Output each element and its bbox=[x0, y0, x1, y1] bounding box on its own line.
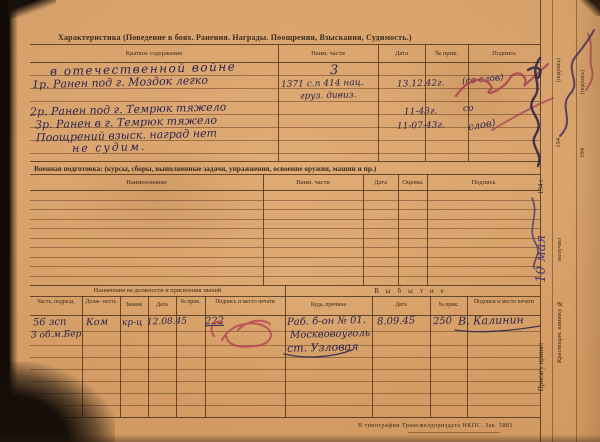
col-header-date: Дата bbox=[378, 50, 425, 57]
hw-discharge-signature: В. Калинин bbox=[458, 313, 524, 328]
hw-entry-wound3-date: 11-07-43г. bbox=[397, 120, 445, 131]
scan-corner-top-left bbox=[8, 0, 56, 18]
col-header-rseal: Подписи и место печати bbox=[469, 299, 539, 306]
col-header-rorder: № прик. bbox=[430, 302, 467, 308]
discharge-title: Выбытие bbox=[285, 287, 540, 295]
margin-book-received: получил bbox=[556, 238, 563, 261]
doc-title: Характеристика (Поведение в боях. Ранени… bbox=[58, 33, 412, 42]
margin-oath-handwritten-date: 10 мая bbox=[534, 235, 549, 283]
col-header-part: Наим. части bbox=[278, 50, 378, 57]
scan-corner-bottom-left bbox=[0, 362, 115, 442]
col-header-order3: № прик. bbox=[176, 299, 205, 306]
margin-book-label: Красноарм. книжку № bbox=[556, 300, 563, 363]
col-header-name: Наименование bbox=[30, 179, 263, 186]
margin-oath-year: 194 г. bbox=[537, 178, 545, 194]
hw-entry-war-part: 3 bbox=[330, 63, 339, 78]
printer-imprint: В типографии Трансжелдориздата НКПС. Зак… bbox=[358, 422, 513, 429]
col-header-date3: Дата bbox=[148, 302, 176, 308]
hw-discharge-where3: ст. Узловая bbox=[287, 340, 359, 355]
hw-appoint-order: 222 bbox=[205, 316, 224, 327]
hw-entry-wound1-unit2: груз. дивиз. bbox=[300, 90, 357, 101]
col-header-rdate: Дата bbox=[372, 302, 430, 308]
margin-sign-year-1: 194 bbox=[555, 138, 562, 148]
col-header-part2: Наим. части bbox=[263, 179, 363, 186]
col-header-rank: Звание bbox=[120, 302, 148, 308]
col-header-grade: Оценка bbox=[398, 179, 427, 186]
scanned-record-card: Характеристика (Поведение в боях. Ранени… bbox=[0, 0, 600, 442]
col-header-signature: Подпись bbox=[468, 50, 540, 57]
margin-sign-label-1: (подпись) bbox=[556, 58, 562, 82]
scan-edge-right-shade bbox=[572, 0, 600, 442]
hw-entry-no-conviction: не судим. bbox=[72, 140, 147, 155]
hw-discharge-where2: Москвовоуголь bbox=[290, 328, 370, 341]
col-header-signature2: Подпись bbox=[427, 179, 540, 186]
hw-rank: кр-ц bbox=[122, 318, 143, 329]
hw-unit-line2: 3 об.м.Бер. bbox=[31, 329, 84, 340]
scan-edge-bottom bbox=[0, 434, 600, 442]
appointments-title: Назначения на должности и присвоения зва… bbox=[30, 287, 285, 294]
col-header-unit: Часть, подразд. bbox=[31, 299, 81, 306]
col-header-seal: Подпись и место печати bbox=[207, 299, 283, 306]
hw-entry-wound1-date: 13.12.42г. bbox=[397, 78, 445, 89]
col-header-content: Краткое содержание bbox=[30, 50, 278, 57]
margin-oath-label: Присягу принял bbox=[537, 343, 545, 391]
training-title: Военная подготовка: (курсы, сборы, выпол… bbox=[34, 164, 376, 173]
col-header-order-no: № прик. bbox=[425, 50, 468, 57]
col-header-position: Долж- ность bbox=[83, 299, 119, 306]
hw-discharge-date: 8.09.45 bbox=[377, 316, 415, 328]
hw-discharge-where: Раб. б-он № 01. bbox=[287, 315, 366, 328]
hw-appoint-date: 12.08.45 bbox=[147, 316, 187, 327]
hw-unit: 56 зсп bbox=[33, 317, 67, 329]
hw-entry-wound2-note: со bbox=[463, 104, 474, 114]
col-header-date2: Дата bbox=[363, 179, 398, 186]
col-header-where: Куда, причина bbox=[285, 302, 372, 308]
hw-entry-wound2-date: 11-43г. bbox=[404, 107, 438, 118]
hw-entry-wound3-note: слов) bbox=[467, 118, 496, 134]
hw-discharge-order: 250 bbox=[433, 316, 452, 327]
hw-position: Ком bbox=[86, 317, 108, 329]
